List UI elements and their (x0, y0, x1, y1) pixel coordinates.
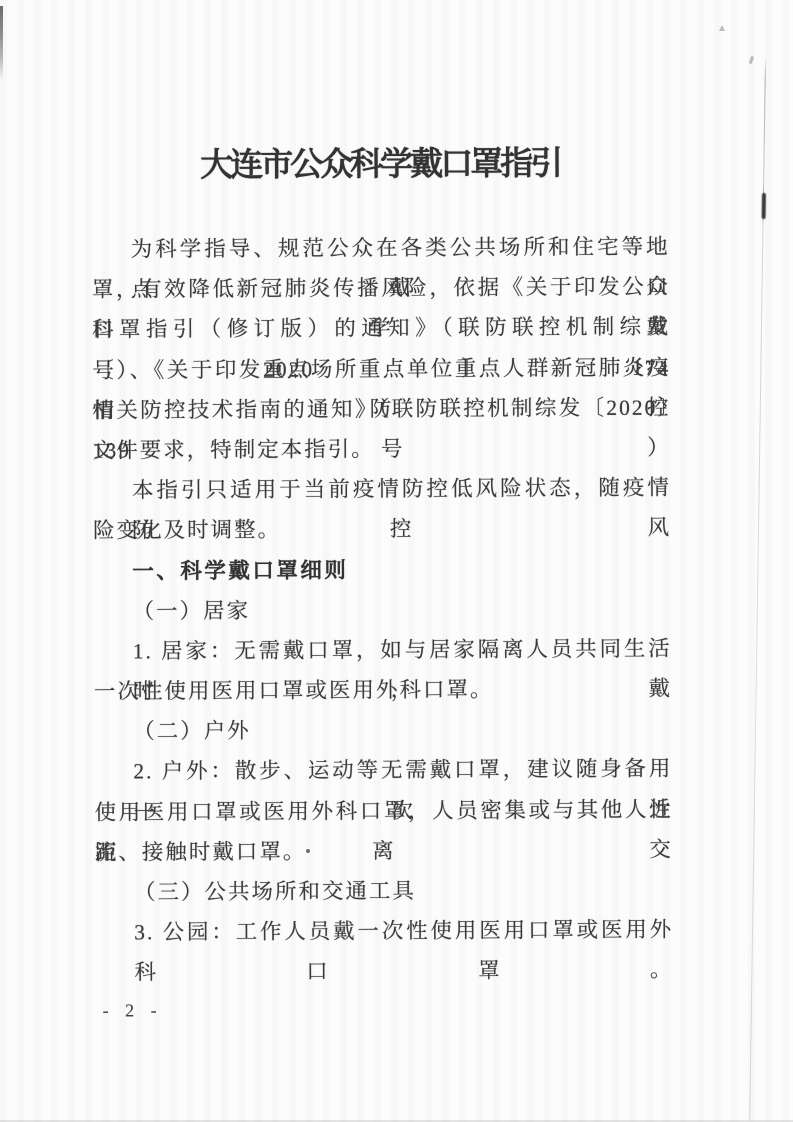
text-line: 口罩指引（修订版）的通知》（联防联控机制综发〔2020〕174 (92, 307, 670, 350)
text-line: 使用医用口罩或医用外科口罩，人员密集或与其他人近距离交 (95, 789, 673, 832)
text-line: 号）、《关于印发重点场所重点单位重点人群新冠肺炎疫情防控 (92, 347, 670, 390)
text-line: 相关防控技术指南的通知》（联防联控机制综发〔2020〕139 号） (92, 387, 670, 430)
subsection-heading: （二）户外 (94, 709, 672, 752)
subsection-heading: （三）公共场所和交通工具 (95, 870, 673, 913)
body-text: 为科学指导、规范公众在各类公共场所和住宅等地点戴口 罩，有效降低新冠肺炎传播风险… (92, 227, 674, 953)
scanned-document: { "document": { "title": "大连市公众科学戴口罩指引",… (0, 0, 793, 1122)
text-line: 罩，有效降低新冠肺炎传播风险，依据《关于印发公众科学戴 (92, 267, 670, 310)
scan-left-edge-artifact (0, 6, 3, 80)
scan-dark-blob (762, 193, 766, 219)
page-number: - 2 - (103, 1000, 163, 1021)
scan-stray-dot (306, 849, 310, 853)
text-line: 1. 居家：无需戴口罩，如与居家隔离人员共同生活时，戴 (94, 628, 672, 671)
text-line: 3. 公园：工作人员戴一次性使用医用口罩或医用外科口罩。 (95, 910, 673, 953)
text-line: 2. 户外：散步、运动等无需戴口罩，建议随身备用一次性 (94, 749, 672, 792)
document-title: 大连市公众科学戴口罩指引 (91, 142, 669, 189)
text-line: 为科学指导、规范公众在各类公共场所和住宅等地点戴口 (92, 227, 670, 270)
page-content: 大连市公众科学戴口罩指引 为科学指导、规范公众在各类公共场所和住宅等地点戴口 罩… (0, 0, 793, 1122)
section-heading: 一、科学戴口罩细则 (93, 548, 671, 591)
text-line: 本指引只适用于当前疫情防控低风险状态，随疫情防控风 (93, 468, 671, 511)
subsection-heading: （一）居家 (93, 588, 671, 631)
